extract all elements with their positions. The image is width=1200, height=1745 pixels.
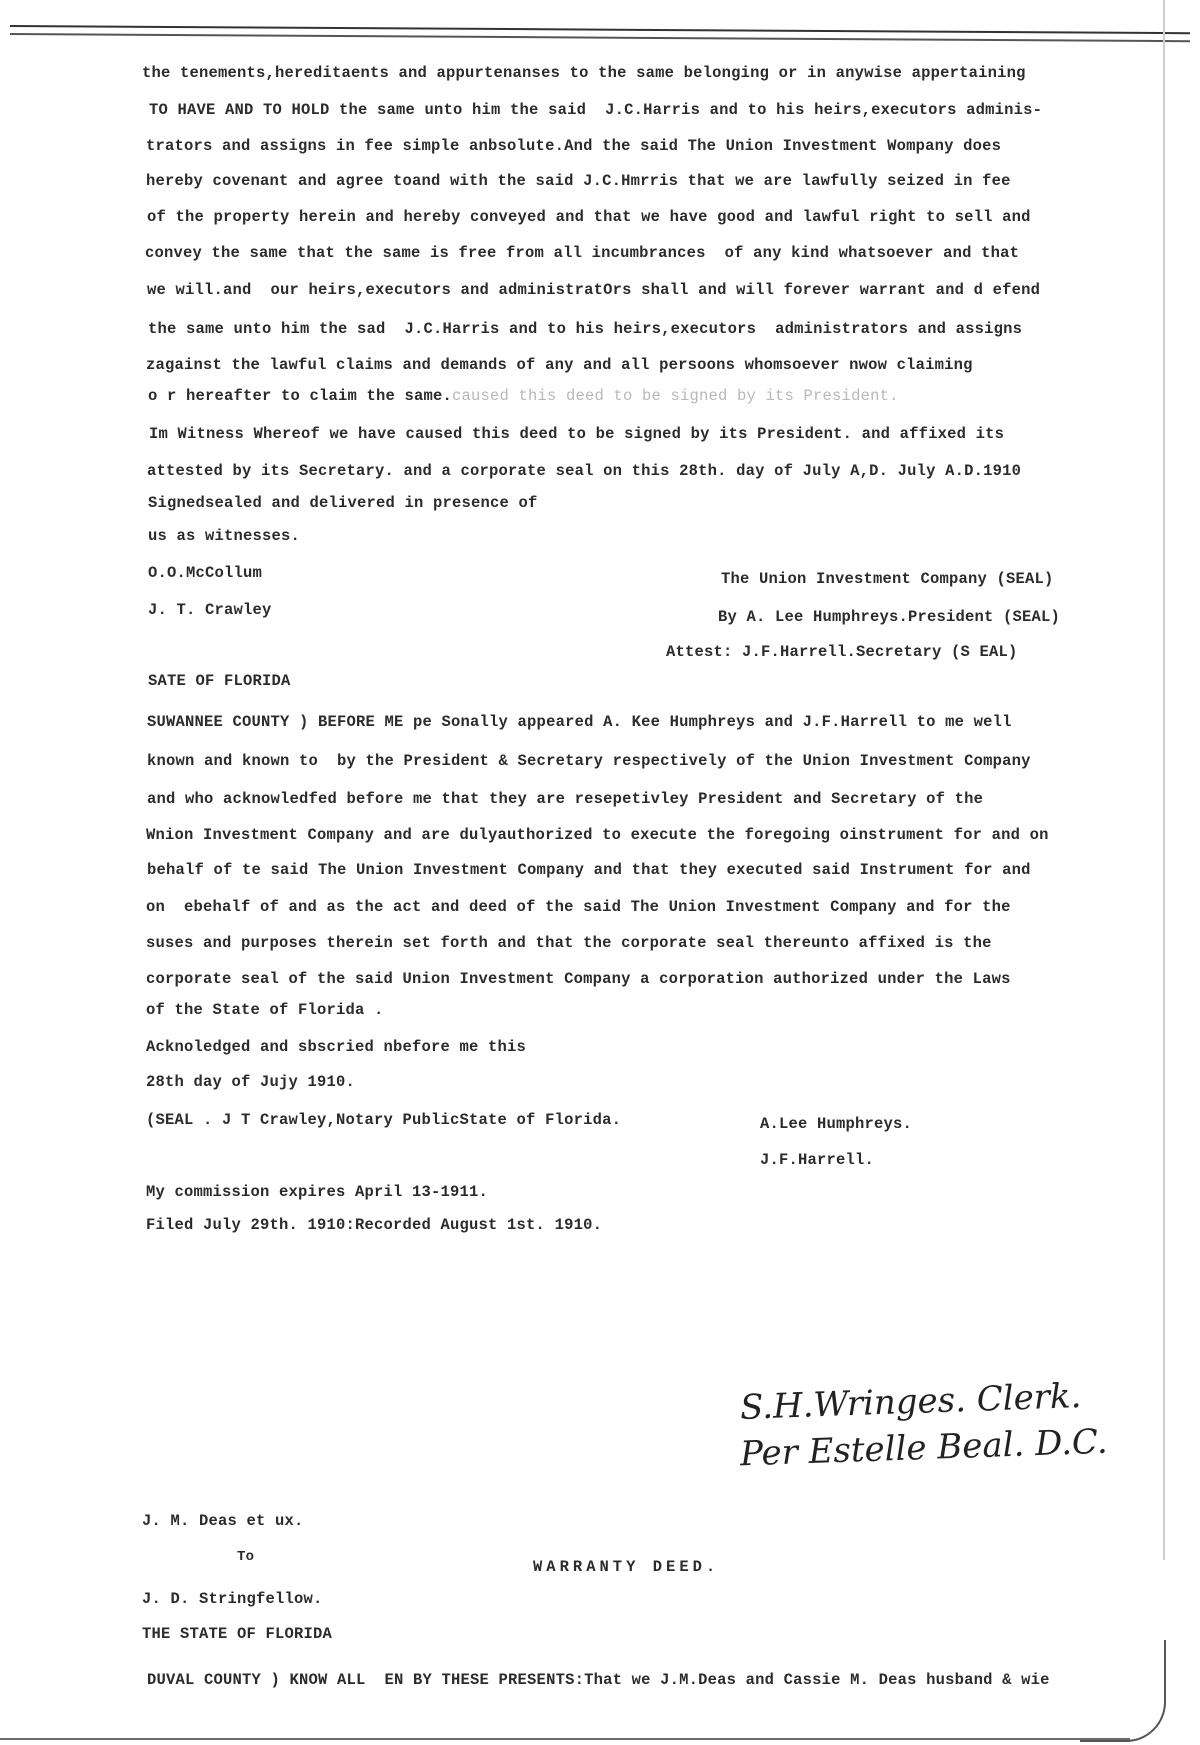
witness-name: O.O.McCollum (148, 564, 262, 582)
to-label: To (237, 1549, 254, 1565)
clerk-signature: S.H.Wringes. Clerk. (739, 1376, 1082, 1428)
signer-humphreys: A.Lee Humphreys. (760, 1115, 912, 1133)
warranty-deed-title: WARRANTY DEED. (533, 1558, 719, 1576)
deed1-line: we will.and our heirs,executors and admi… (147, 281, 1040, 299)
deed1-line: the same unto him the sad J.C.Harris and… (148, 320, 1022, 338)
deed1-line: of the property herein and hereby convey… (147, 208, 1031, 226)
ack-line: corporate seal of the said Union Investm… (146, 970, 1011, 988)
witness-line: Signedsealed and delivered in presence o… (148, 494, 538, 512)
ack-line: behalf of te said The Union Investment C… (147, 861, 1031, 879)
commission-expiry: My commission expires April 13-1911. (146, 1183, 488, 1201)
ack-line: known and known to by the President & Se… (147, 752, 1031, 770)
deed1-line: hereby covenant and agree toand with the… (146, 172, 1011, 190)
deed2-opening-line: DUVAL COUNTY ) KNOW ALL EN BY THESE PRES… (147, 1671, 1050, 1689)
deed-record-page: the tenements,hereditaents and appurtena… (0, 0, 1200, 1745)
deed1-line: o r hereafter to claim the same. (148, 387, 452, 405)
witness-name: J. T. Crawley (148, 601, 272, 619)
witness-line: Im Witness Whereof we have caused this d… (149, 425, 1004, 443)
page-bottom-rule (0, 1738, 1130, 1740)
ack-line: and who acknowledfed before me that they… (147, 790, 983, 808)
page-corner-border (1080, 1640, 1166, 1742)
signer-harrell: J.F.Harrell. (760, 1151, 874, 1169)
witness-line: us as witnesses. (148, 527, 300, 545)
ack-line: Wnion Investment Company and are dulyaut… (146, 826, 1049, 844)
deed1-line: the tenements,hereditaents and appurtena… (142, 64, 1026, 82)
grantee-name: J. D. Stringfellow. (142, 1590, 323, 1608)
deed1-line: convey the same that the same is free fr… (145, 244, 1019, 262)
grantor-name: J. M. Deas et ux. (142, 1512, 304, 1530)
ack-line: SUWANNEE COUNTY ) BEFORE ME pe Sonally a… (147, 713, 1012, 731)
ack-line: of the State of Florida . (146, 1001, 384, 1019)
witness-line: attested by its Secretary. and a corpora… (147, 462, 1021, 480)
filed-recorded: Filed July 29th. 1910:Recorded August 1s… (146, 1216, 602, 1234)
ack-state-heading: SATE OF FLORIDA (148, 672, 291, 690)
deed1-line: trators and assigns in fee simple anbsol… (146, 137, 1001, 155)
sworn-line: Acknoledged and sbscried nbefore me this (146, 1038, 526, 1056)
deed1-line: zagainst the lawful claims and demands o… (146, 356, 973, 374)
signatory-president: By A. Lee Humphreys.President (SEAL) (718, 608, 1060, 626)
ack-line: suses and purposes therein set forth and… (146, 934, 992, 952)
deed1-line: TO HAVE AND TO HOLD the same unto him th… (149, 101, 1042, 119)
ack-line: on ebehalf of and as the act and deed of… (146, 898, 1011, 916)
deputy-clerk-signature: Per Estelle Beal. D.C. (739, 1422, 1108, 1475)
sworn-line: 28th day of Jujy 1910. (146, 1073, 355, 1091)
deed2-state-heading: THE STATE OF FLORIDA (142, 1625, 332, 1643)
signatory-company: The Union Investment Company (SEAL) (721, 570, 1054, 588)
top-rule-secondary (10, 33, 1190, 42)
top-rule (10, 25, 1190, 34)
signatory-secretary: Attest: J.F.Harrell.Secretary (S EAL) (666, 643, 1018, 661)
page-right-margin-line (1163, 0, 1165, 1560)
faint-overstrike-text: caused this deed to be signed by its Pre… (452, 387, 899, 405)
notary-line: (SEAL . J T Crawley,Notary PublicState o… (146, 1111, 621, 1129)
